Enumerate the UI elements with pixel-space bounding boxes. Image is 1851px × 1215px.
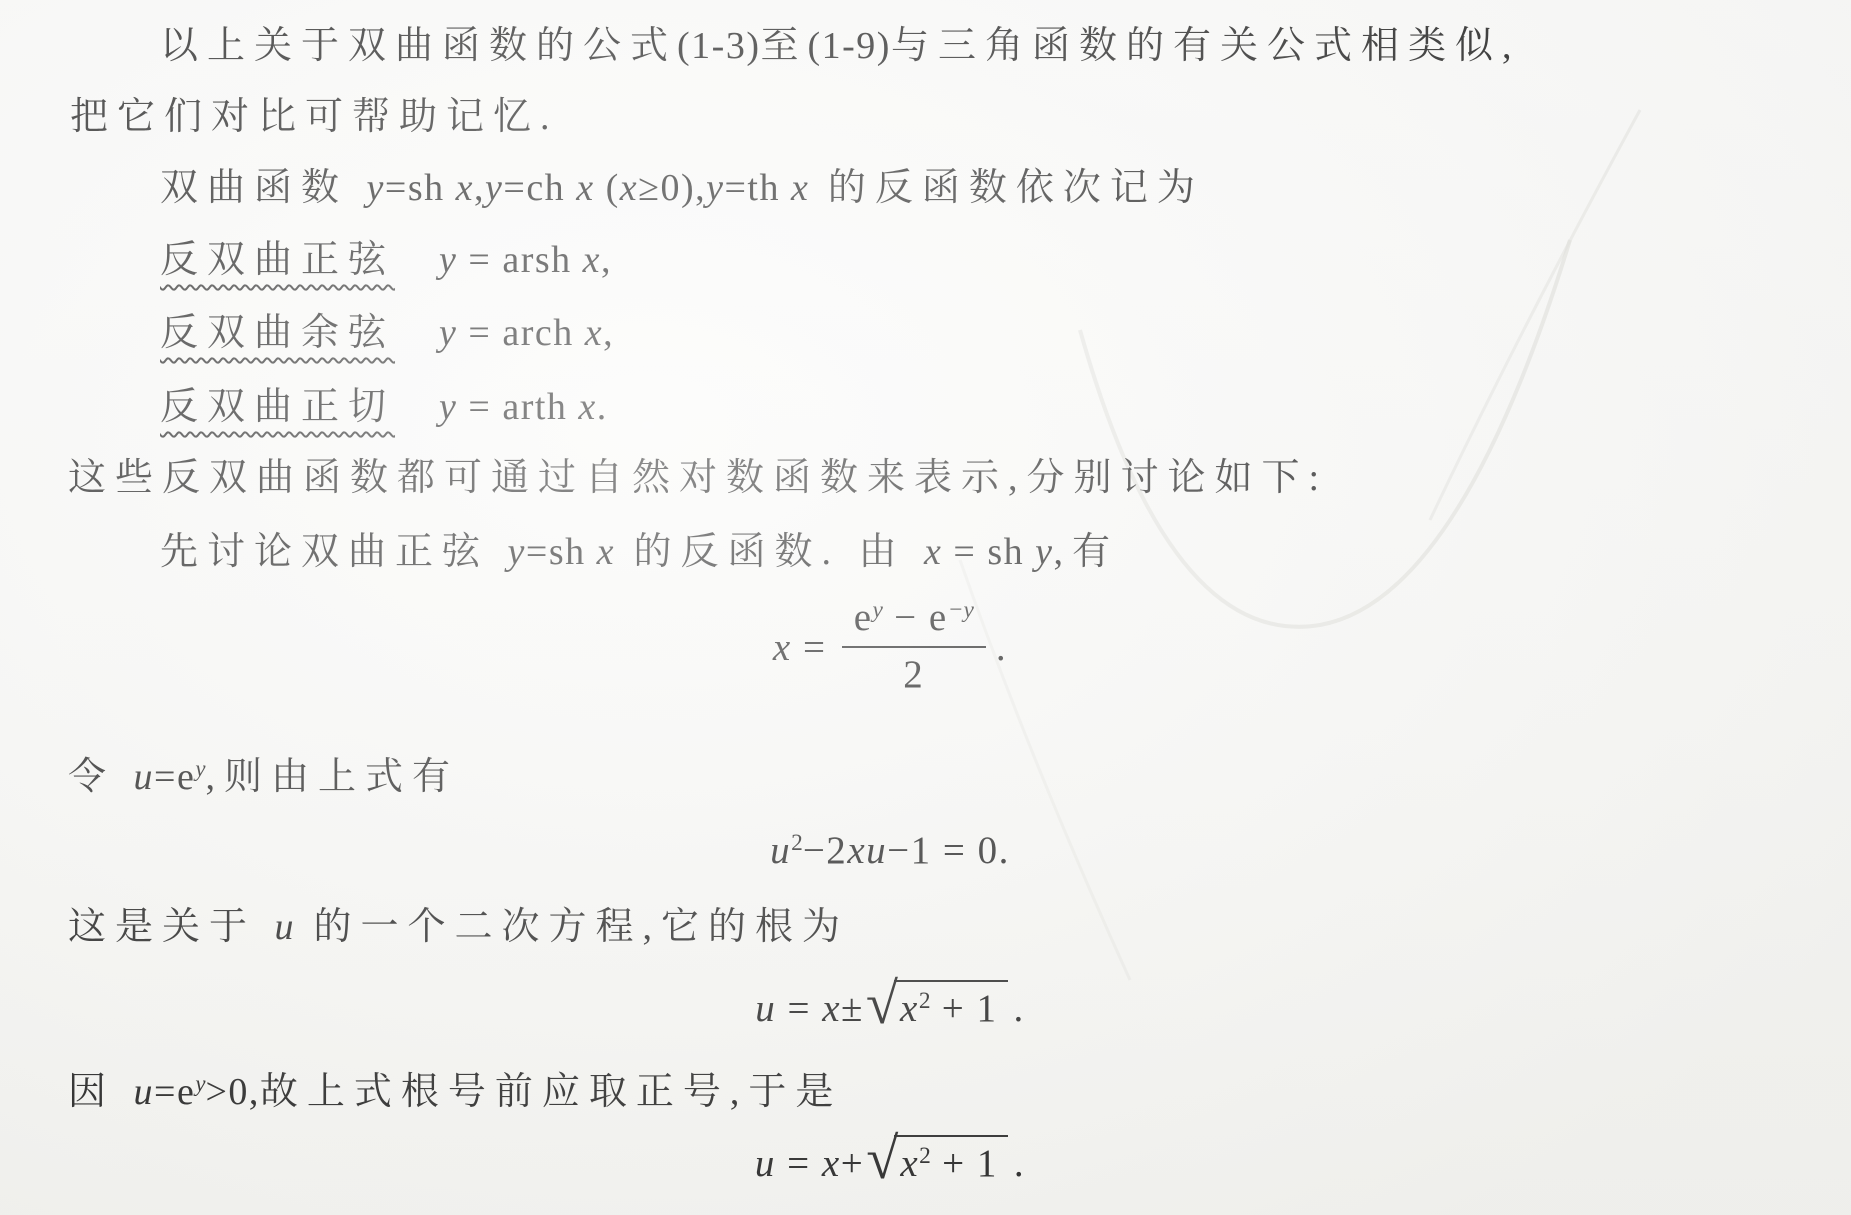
equals-sign: = — [776, 1142, 822, 1185]
plus-sign: + — [841, 1142, 865, 1185]
fraction: ey − e−y2 — [842, 595, 986, 697]
e-symbol: e — [854, 596, 873, 639]
plus-minus-sign: ± — [841, 987, 864, 1030]
exponent: y — [873, 597, 883, 623]
math-text-run: = — [526, 531, 549, 573]
math-text-run: = — [154, 756, 177, 798]
chinese-text-run: 令 — [68, 756, 134, 798]
math-text-run: y — [439, 312, 457, 354]
chinese-text-run: 把它们对比可帮助记忆. — [70, 96, 559, 138]
math-text-run: y — [367, 167, 385, 209]
exponent: 2 — [919, 1143, 931, 1169]
paragraph-functions-line: 双曲函数 y=sh x,y=ch x (x≥0),y=th x 的反函数依次记为 — [160, 164, 1204, 212]
math-text-run: y — [439, 239, 457, 281]
math-text-run: y — [195, 756, 205, 781]
period: . — [996, 626, 1007, 669]
chinese-text-run: 反双曲余弦 — [160, 312, 395, 354]
paragraph-discuss-sh-line: 先讨论双曲正弦 y=sh x 的反函数. 由 x = sh y,有 — [160, 528, 1119, 576]
formula-roots: u = x±√x2 + 1. — [0, 983, 1780, 1042]
math-text-run: x — [578, 386, 596, 428]
math-text-run: u — [134, 756, 155, 798]
equals-sign: = — [792, 626, 838, 669]
math-text-run: = — [457, 386, 502, 428]
formula-variable: u — [755, 987, 776, 1030]
math-text-run: ≥0), — [638, 167, 706, 209]
scanned-textbook-page: 以上关于双曲函数的公式(1-3)至(1-9)与三角函数的有关公式相类似, 把它们… — [0, 0, 1851, 1215]
math-text-run: ch — [526, 167, 576, 209]
math-text-run: y — [706, 167, 724, 209]
chinese-text-run: 的反函数. 由 — [615, 531, 924, 573]
math-run: + 1 — [931, 1142, 998, 1185]
equals-sign: = — [776, 987, 822, 1030]
math-text-run: = — [503, 167, 526, 209]
chinese-text-run: ,有 — [1054, 531, 1120, 573]
paragraph-intro-line-1: 以上关于双曲函数的公式(1-3)至(1-9)与三角函数的有关公式相类似, — [160, 22, 1520, 70]
exponent: 2 — [919, 988, 931, 1014]
formula-variable: x — [900, 987, 919, 1030]
chinese-text-run: 故上式根号前应取正号,于是 — [260, 1071, 843, 1113]
paragraph-let-u-line: 令 u=ey,则由上式有 — [68, 753, 459, 806]
radicand: x2 + 1 — [894, 980, 1008, 1031]
math-text-run: u — [275, 906, 296, 948]
math-run: −1 = 0. — [887, 829, 1010, 872]
math-text-run: x — [791, 167, 809, 209]
math-text-run: (1-3) — [677, 25, 760, 67]
math-text-run: y — [508, 531, 526, 573]
formula-variable: u — [755, 1142, 776, 1185]
math-text-run: , — [603, 312, 614, 354]
formula-variable: x — [900, 1142, 919, 1185]
math-text-run: e — [177, 756, 195, 798]
formula-variable: u — [770, 829, 791, 872]
math-text-run: >0, — [205, 1071, 259, 1113]
math-text-run: = — [942, 531, 987, 573]
radical-sign: √ — [866, 1130, 898, 1189]
chinese-text-run: 这些反双曲函数都可通过自然对数函数来表示,分别讨论如下: — [68, 457, 1328, 499]
math-text-run: y — [439, 386, 457, 428]
math-text-run: x — [620, 167, 638, 209]
formula-positive-root: u = x+√x2 + 1. — [0, 1138, 1780, 1197]
math-text-run: x — [585, 312, 603, 354]
math-run: + 1 — [931, 987, 998, 1030]
square-root: √x2 + 1 — [866, 1135, 1008, 1194]
math-text-run: sh — [408, 167, 456, 209]
chinese-text-run: 至 — [760, 25, 807, 67]
math-text-run: x — [583, 239, 601, 281]
math-text-run: arth — [502, 386, 578, 428]
chinese-text-run: 因 — [68, 1071, 134, 1113]
period: . — [1014, 1142, 1025, 1185]
chinese-text-run: 双曲函数 — [160, 167, 367, 209]
math-text-run: y — [485, 167, 503, 209]
fraction-numerator: ey − e−y — [842, 595, 986, 648]
definition-arsh-line: 反双曲正弦y = arsh x, — [160, 236, 612, 284]
chinese-text-run: 的反函数依次记为 — [809, 167, 1204, 209]
radical-sign: √ — [866, 975, 898, 1034]
formula-sh-definition: x = ey − e−y2. — [0, 600, 1780, 702]
math-text-run: x — [924, 531, 942, 573]
square-root: √x2 + 1 — [866, 980, 1008, 1039]
math-text-run: u — [134, 1071, 155, 1113]
paragraph-intro-line-2: 把它们对比可帮助记忆. — [70, 93, 559, 141]
math-text-run: . — [597, 386, 608, 428]
formula-variable: x — [822, 1142, 841, 1185]
definition-arth-line: 反双曲正切y = arth x. — [160, 383, 608, 431]
chinese-text-run: 与三角函数的有关公式相类似, — [891, 25, 1521, 67]
paragraph-positive-sign-line: 因 u=ey>0,故上式根号前应取正号,于是 — [68, 1068, 842, 1121]
formula-quadratic: u2−2xu−1 = 0. — [0, 828, 1780, 873]
math-run: xu — [847, 829, 887, 872]
math-text-run: sh — [987, 531, 1035, 573]
minus-sign: − — [883, 596, 929, 639]
exponent: −y — [948, 597, 974, 623]
chinese-text-run: 的一个二次方程,它的根为 — [295, 906, 849, 948]
chinese-text-run: 反双曲正弦 — [160, 239, 395, 281]
chinese-text-run: 先讨论双曲正弦 — [160, 531, 508, 573]
math-text-run: y — [1035, 531, 1053, 573]
definition-arch-line: 反双曲余弦y = arch x, — [160, 309, 614, 357]
math-text-run: y — [195, 1071, 205, 1096]
math-text-run: = — [457, 239, 502, 281]
paragraph-natural-log-line: 这些反双曲函数都可通过自然对数函数来表示,分别讨论如下: — [68, 454, 1328, 502]
e-symbol: e — [929, 596, 948, 639]
fraction-denominator: 2 — [842, 648, 986, 697]
math-run: −2 — [803, 829, 848, 872]
math-text-run: arch — [502, 312, 584, 354]
paragraph-quadratic-line: 这是关于 u 的一个二次方程,它的根为 — [68, 903, 849, 951]
math-text-run: x — [456, 167, 474, 209]
math-text-run: x — [597, 531, 615, 573]
math-text-run: , — [601, 239, 612, 281]
math-text-run: e — [177, 1071, 195, 1113]
radicand: x2 + 1 — [894, 1135, 1008, 1186]
math-text-run: = — [385, 167, 408, 209]
math-text-run: sh — [549, 531, 597, 573]
math-text-run: (1-9) — [808, 25, 891, 67]
math-text-run: = — [724, 167, 747, 209]
chinese-text-run: 这是关于 — [68, 906, 275, 948]
math-text-run: arsh — [502, 239, 582, 281]
math-text-run: = — [154, 1071, 177, 1113]
chinese-text-run: ,则由上式有 — [205, 756, 459, 798]
formula-variable: x — [822, 987, 841, 1030]
chinese-text-run: 以上关于双曲函数的公式 — [160, 25, 677, 67]
math-text-run: th — [747, 167, 791, 209]
math-text-run: , — [474, 167, 485, 209]
chinese-text-run: 反双曲正切 — [160, 386, 395, 428]
exponent: 2 — [791, 830, 803, 856]
formula-variable: x — [773, 626, 792, 669]
math-text-run: ( — [595, 167, 620, 209]
math-text-run: x — [576, 167, 594, 209]
period: . — [1014, 987, 1025, 1030]
math-text-run: = — [457, 312, 502, 354]
